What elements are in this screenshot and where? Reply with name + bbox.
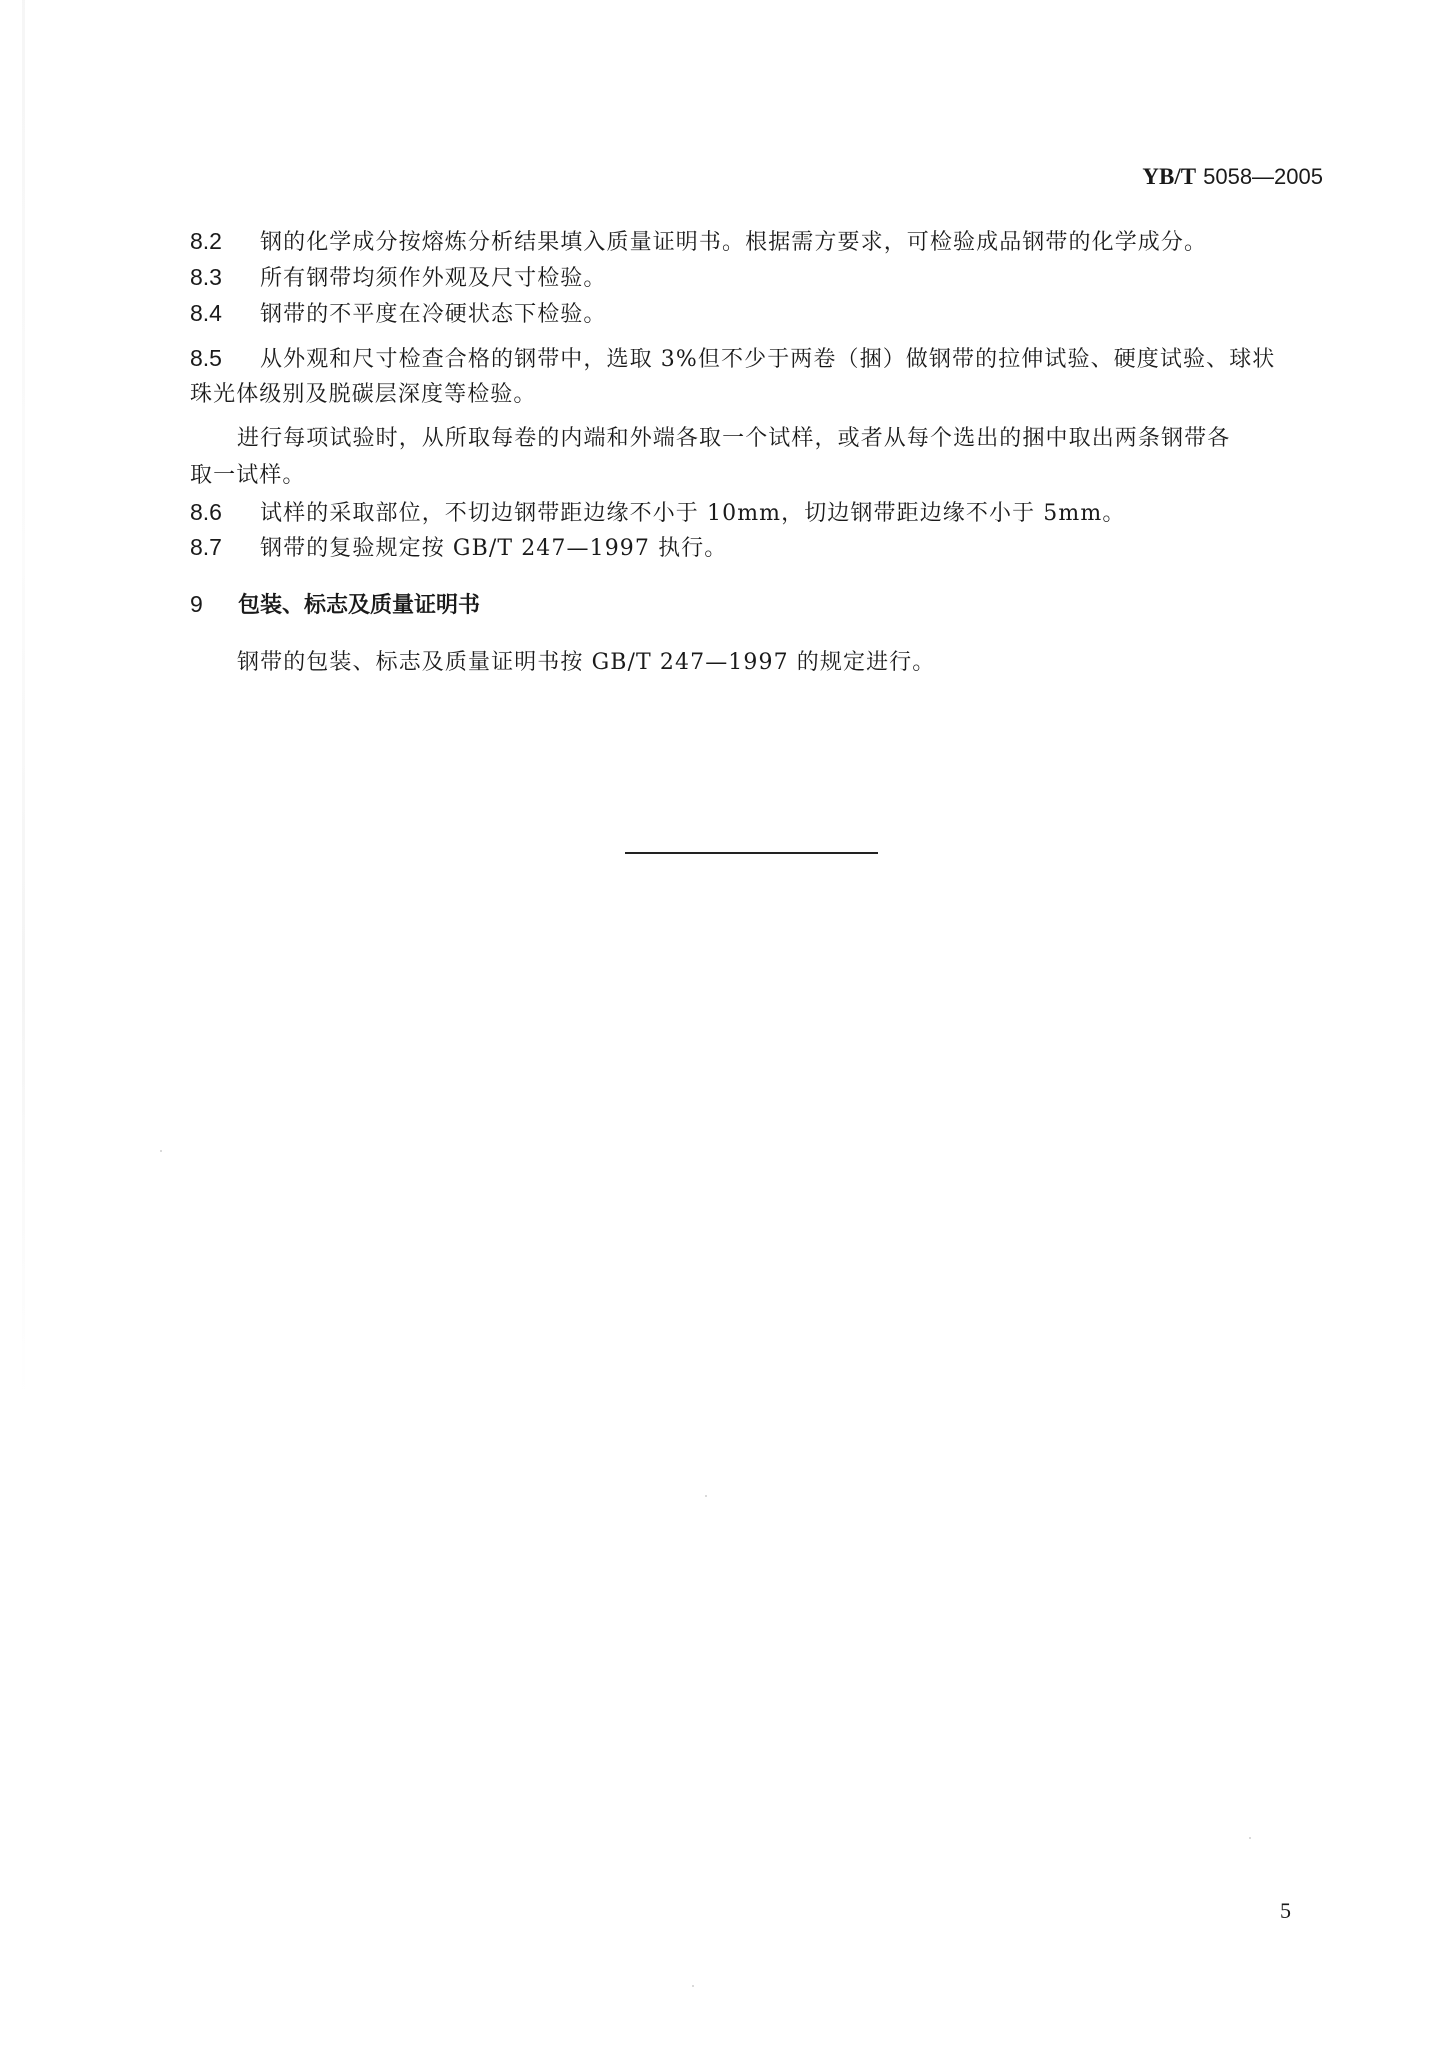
scan-speck bbox=[160, 1150, 162, 1152]
clause-text: 钢带的复验规定按 GB/T 247—1997 执行。 bbox=[260, 536, 727, 561]
section-9-heading: 9包装、标志及质量证明书 bbox=[190, 588, 480, 619]
page-number: 5 bbox=[1280, 1898, 1291, 1924]
scan-speck bbox=[1249, 1837, 1251, 1839]
clause-8-4: 8.4钢带的不平度在冷硬状态下检验。 bbox=[190, 298, 607, 330]
scan-speck bbox=[705, 1495, 707, 1497]
clause-number: 8.6 bbox=[190, 497, 260, 527]
clause-8-5-paragraph-continuation: 取一试样。 bbox=[190, 461, 306, 491]
clause-text: 试样的采取部位，不切边钢带距边缘不小于 10mm，切边钢带距边缘不小于 5mm。 bbox=[260, 501, 1125, 526]
clause-8-2: 8.2钢的化学成分按熔炼分析结果填入质量证明书。根据需方要求，可检验成品钢带的化… bbox=[190, 226, 1207, 258]
clause-8-7: 8.7钢带的复验规定按 GB/T 247—1997 执行。 bbox=[190, 532, 727, 564]
clause-8-5-paragraph: 进行每项试验时，从所取每卷的内端和外端各取一个试样，或者从每个选出的捆中取出两条… bbox=[237, 424, 1230, 454]
scan-speck bbox=[692, 1985, 694, 1987]
clause-number: 8.2 bbox=[190, 226, 260, 256]
clause-text: 所有钢带均须作外观及尺寸检验。 bbox=[260, 266, 607, 291]
paragraph-text: 取一试样。 bbox=[190, 463, 306, 488]
standard-number: 5058—2005 bbox=[1203, 164, 1323, 189]
section-body-text: 钢带的包装、标志及质量证明书按 GB/T 247—1997 的规定进行。 bbox=[237, 650, 935, 675]
clause-text: 钢带的不平度在冷硬状态下检验。 bbox=[260, 302, 607, 327]
clause-8-3: 8.3所有钢带均须作外观及尺寸检验。 bbox=[190, 262, 607, 294]
paragraph-text: 进行每项试验时，从所取每卷的内端和外端各取一个试样，或者从每个选出的捆中取出两条… bbox=[237, 426, 1230, 451]
clause-number: 8.4 bbox=[190, 298, 260, 328]
clause-number: 8.3 bbox=[190, 262, 260, 292]
section-number: 9 bbox=[190, 591, 238, 618]
clause-text: 从外观和尺寸检查合格的钢带中，选取 3%但不少于两卷（捆）做钢带的拉伸试验、硬度… bbox=[260, 347, 1275, 372]
section-9-body: 钢带的包装、标志及质量证明书按 GB/T 247—1997 的规定进行。 bbox=[237, 648, 935, 678]
section-title: 包装、标志及质量证明书 bbox=[238, 593, 480, 618]
clause-text: 珠光体级别及脱碳层深度等检验。 bbox=[190, 382, 537, 407]
end-of-text-rule bbox=[625, 852, 878, 854]
clause-8-6: 8.6试样的采取部位，不切边钢带距边缘不小于 10mm，切边钢带距边缘不小于 5… bbox=[190, 497, 1125, 529]
clause-text: 钢的化学成分按熔炼分析结果填入质量证明书。根据需方要求，可检验成品钢带的化学成分… bbox=[260, 230, 1207, 255]
clause-8-5-continuation: 珠光体级别及脱碳层深度等检验。 bbox=[190, 380, 537, 410]
clause-number: 8.7 bbox=[190, 532, 260, 562]
scan-edge-shadow bbox=[22, 0, 25, 1400]
clause-number: 8.5 bbox=[190, 343, 260, 373]
standard-header: YB/T 5058—2005 bbox=[1142, 164, 1323, 190]
standard-code: YB/T bbox=[1142, 164, 1196, 189]
clause-8-5: 8.5从外观和尺寸检查合格的钢带中，选取 3%但不少于两卷（捆）做钢带的拉伸试验… bbox=[190, 343, 1275, 375]
